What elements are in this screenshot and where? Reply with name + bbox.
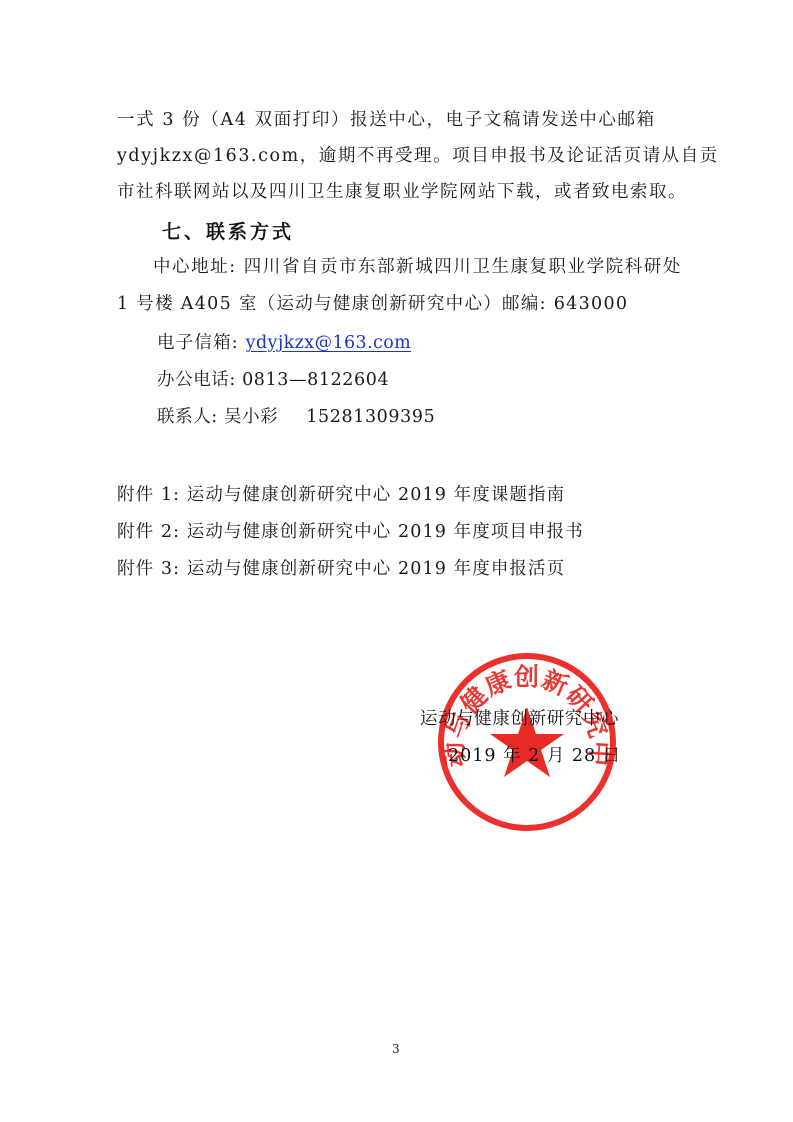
- attachment-text: 附件 3: 运动与健康创新研究中心 2019 年度申报活页: [117, 559, 565, 579]
- section-heading-contact: 七、联系方式: [162, 219, 294, 245]
- email-row: 电子信箱: ydyjkzx@163.com: [157, 331, 411, 355]
- address-line-2: 1 号楼 A405 室（运动与健康创新研究中心）邮编: 643000: [117, 292, 628, 316]
- paragraph-line-3: 市社科联网站以及四川卫生康复职业学院网站下载，或者致电索取。: [117, 180, 687, 204]
- phone-row: 办公电话: 0813—8122604: [157, 368, 389, 392]
- page-number: 3: [392, 1042, 400, 1056]
- attachment-item-2: 附件 2: 运动与健康创新研究中心 2019 年度项目申报书: [117, 520, 584, 544]
- email-label: 电子信箱:: [157, 333, 246, 353]
- contact-name: 吴小彩: [224, 407, 278, 427]
- attachment-item-3: 附件 3: 运动与健康创新研究中心 2019 年度申报活页: [117, 557, 565, 581]
- contact-row: 联系人: 吴小彩15281309395: [157, 405, 435, 429]
- phone-value: 0813—8122604: [242, 370, 389, 390]
- signature-date: 2019 年 2 月 28 日: [448, 744, 621, 768]
- address-text: 中心地址: 四川省自贡市东部新城四川卫生康复职业学院科研处: [153, 257, 682, 277]
- email-link[interactable]: ydyjkzx@163.com: [246, 333, 412, 353]
- official-seal-icon: 运动与健康创新研究中心: [436, 651, 618, 833]
- paragraph-text: ydyjkzx@163.com，逾期不再受理。项目申报书及论证活页请从自贡: [117, 146, 719, 166]
- paragraph-line-1: 一式 3 份（A4 双面打印）报送中心，电子文稿请发送中心邮箱: [117, 108, 677, 132]
- address-line-1: 中心地址: 四川省自贡市东部新城四川卫生康复职业学院科研处: [153, 255, 682, 279]
- paragraph-text: 一式 3 份（A4 双面打印）报送中心，电子文稿请发送中心邮箱: [117, 108, 656, 132]
- contact-phone: 15281309395: [306, 407, 435, 427]
- attachment-text: 附件 1: 运动与健康创新研究中心 2019 年度课题指南: [117, 485, 565, 505]
- contact-label: 联系人:: [157, 407, 224, 427]
- document-page: 一式 3 份（A4 双面打印）报送中心，电子文稿请发送中心邮箱 ydyjkzx@…: [0, 0, 793, 1122]
- attachment-text: 附件 2: 运动与健康创新研究中心 2019 年度项目申报书: [117, 522, 584, 542]
- phone-label: 办公电话:: [157, 370, 242, 390]
- attachment-item-1: 附件 1: 运动与健康创新研究中心 2019 年度课题指南: [117, 483, 565, 507]
- signature-organization: 运动与健康创新研究中心: [420, 707, 619, 731]
- paragraph-text: 市社科联网站以及四川卫生康复职业学院网站下载，或者致电索取。: [117, 182, 687, 202]
- paragraph-line-2: ydyjkzx@163.com，逾期不再受理。项目申报书及论证活页请从自贡: [117, 144, 719, 168]
- address-text: 1 号楼 A405 室（运动与健康创新研究中心）邮编: 643000: [117, 294, 628, 314]
